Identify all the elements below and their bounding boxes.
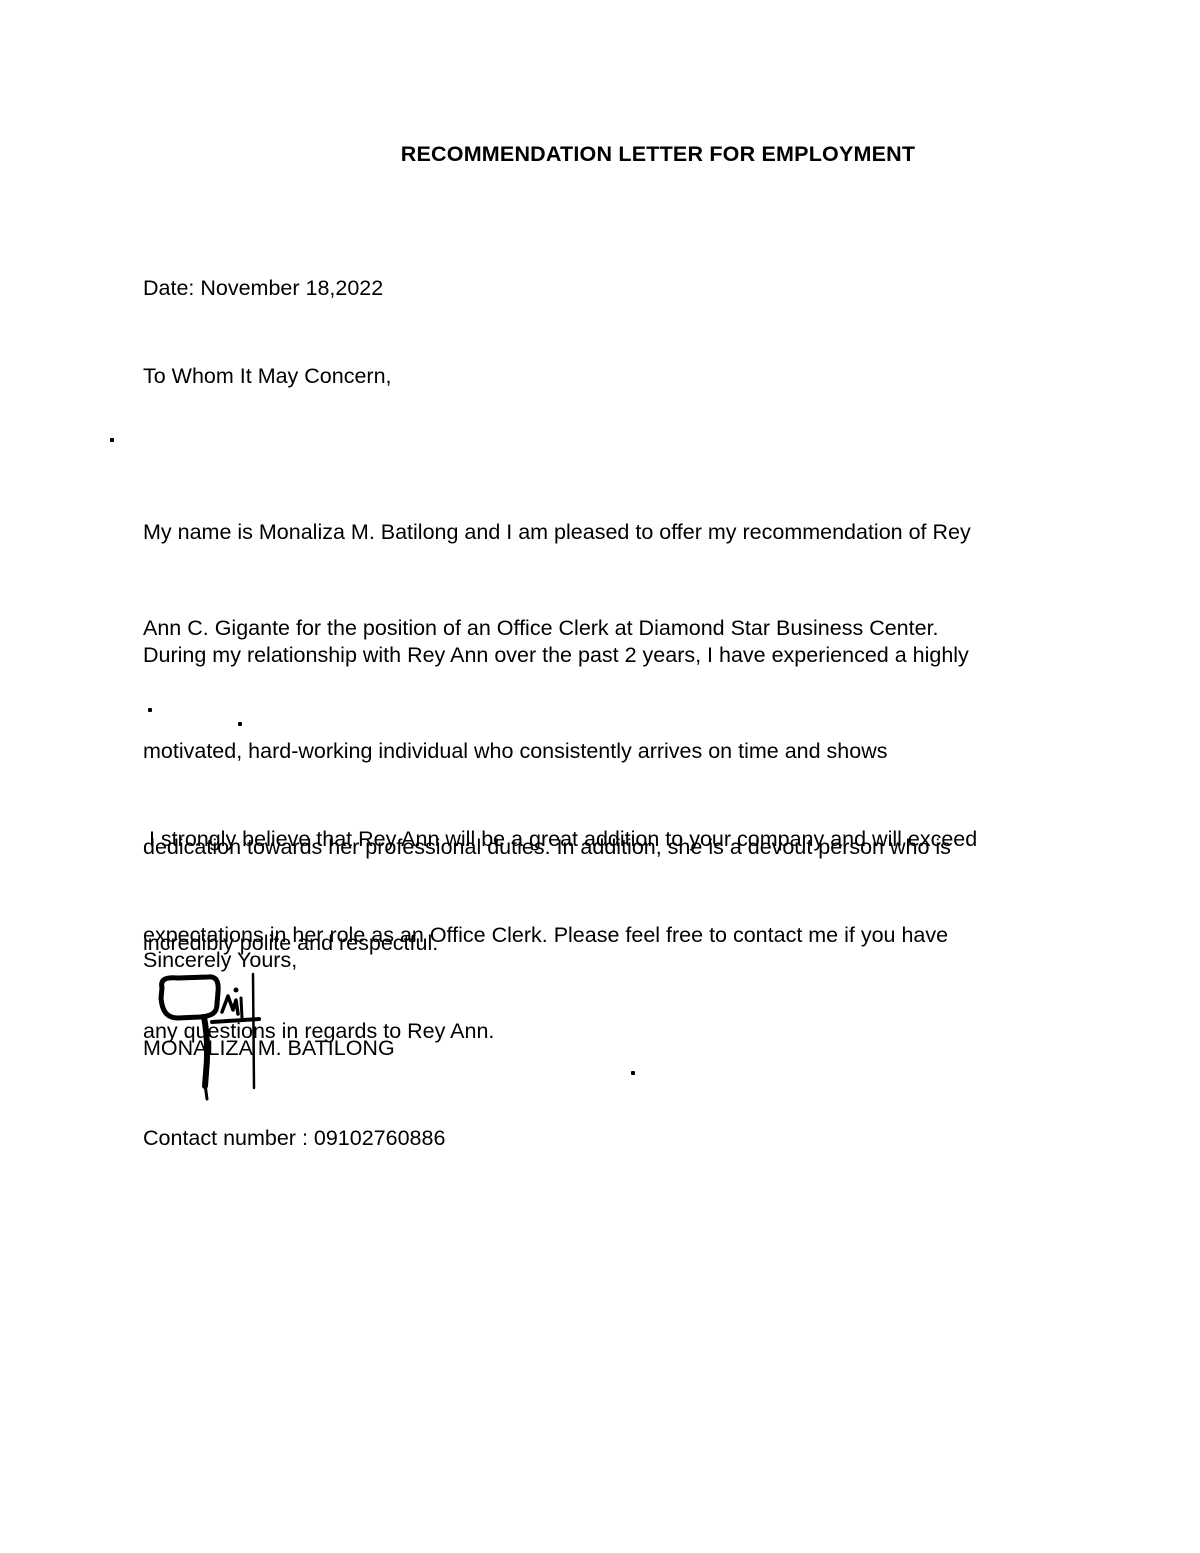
document-title: RECOMMENDATION LETTER FOR EMPLOYMENT — [58, 138, 1200, 170]
contact-line: Contact number : 09102760886 — [143, 1122, 1058, 1154]
paragraph-line: I strongly believe that Rey Ann will be … — [143, 823, 1058, 855]
salutation: To Whom It May Concern, — [143, 360, 1058, 392]
handwritten-signature-icon — [150, 968, 265, 1103]
stray-dot — [238, 722, 242, 726]
letter-page: RECOMMENDATION LETTER FOR EMPLOYMENT Dat… — [0, 0, 1200, 1553]
signatory-name: MONALIZA M. BATILONG — [143, 1032, 1058, 1064]
paragraph-line: During my relationship with Rey Ann over… — [143, 639, 1058, 671]
date-line: Date: November 18,2022 — [143, 272, 1058, 304]
stray-dot — [631, 1071, 635, 1075]
stray-dot — [110, 438, 114, 442]
paragraph-line: My name is Monaliza M. Batilong and I am… — [143, 516, 1058, 548]
closing: Sincerely Yours, — [143, 944, 1058, 976]
stray-dot — [148, 708, 152, 712]
